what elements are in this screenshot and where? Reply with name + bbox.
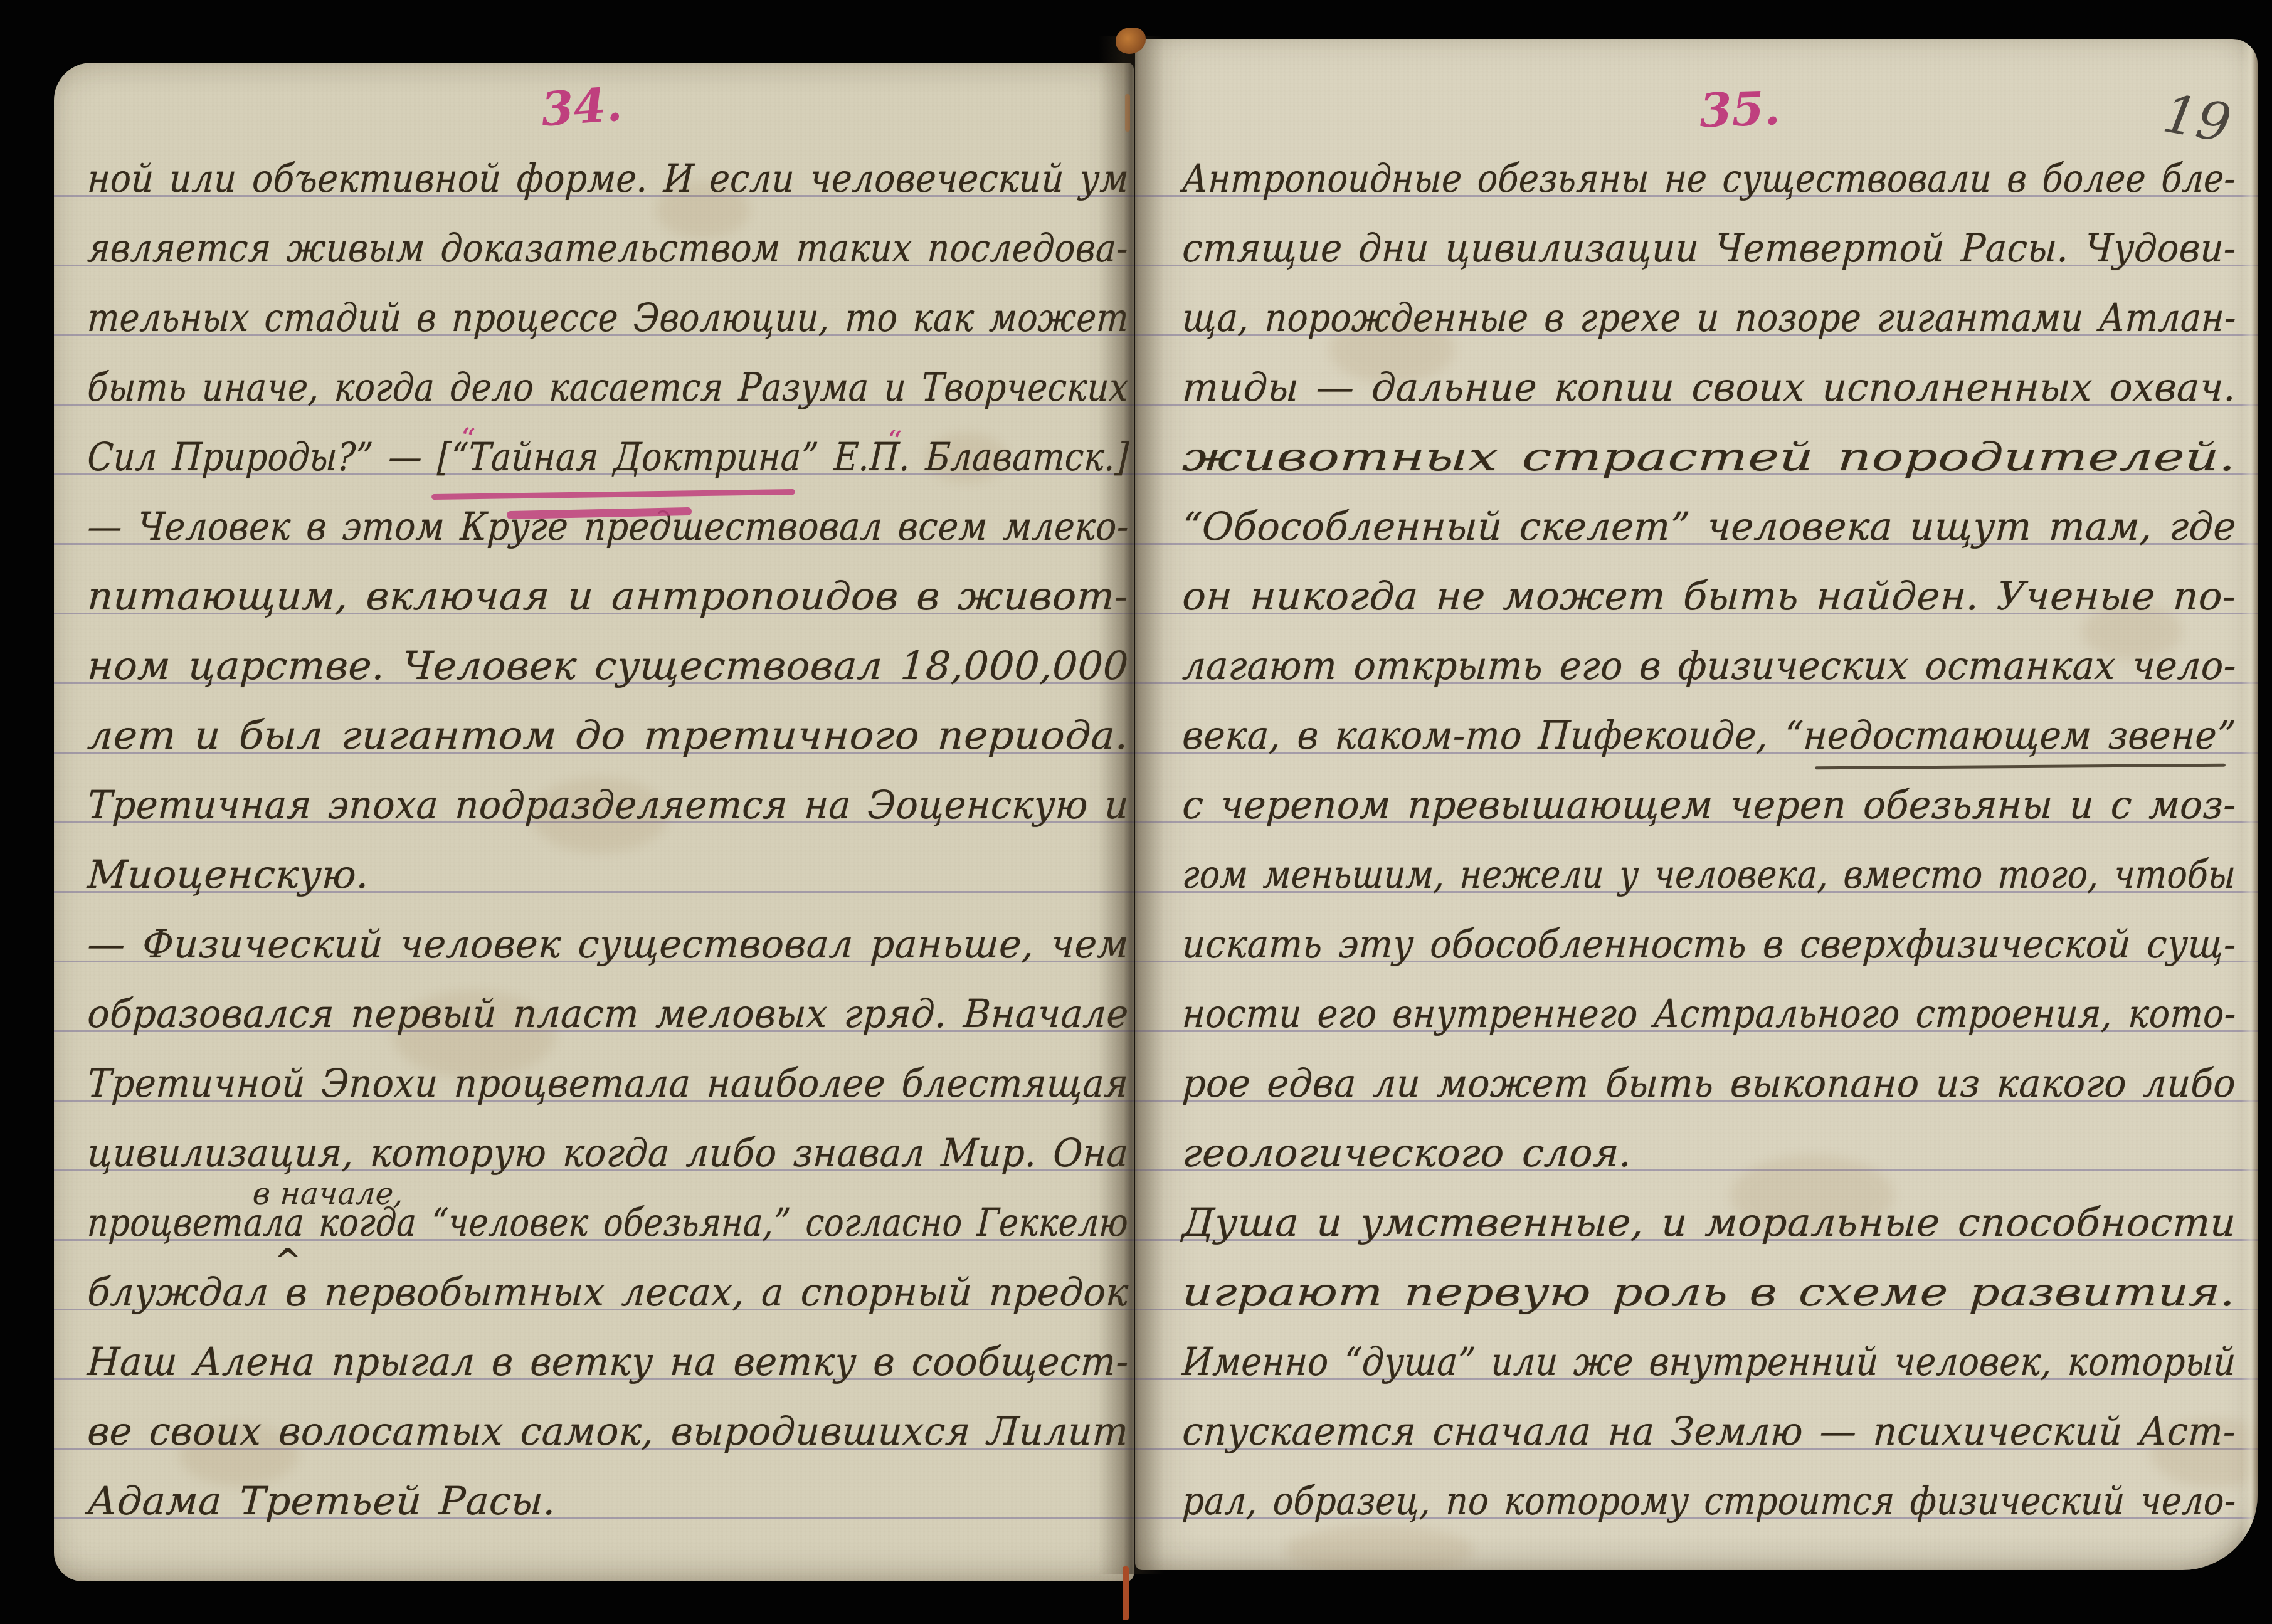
- manuscript-line: играют первую роль в схеме развития.: [1181, 1273, 2237, 1312]
- left-page: 34. ной или объективной форме. И если че…: [54, 63, 1134, 1581]
- insertion-caret: ^: [275, 1242, 301, 1279]
- manuscript-line: Именно “душа” или же внутренний человек,…: [1181, 1342, 2237, 1381]
- manuscript-line: цивилизация, которую когда либо знавал М…: [87, 1134, 1129, 1173]
- insertion-note: в начале,: [251, 1179, 404, 1209]
- manuscript-line: образовался первый пласт меловых гряд. В…: [87, 994, 1129, 1033]
- manuscript-line: Сил Природы?” — [“Тайная Доктрина” Е.П. …: [87, 438, 1130, 477]
- manuscript-line: рал, образец, по которому строится физич…: [1181, 1482, 2237, 1521]
- left-page-text: ной или объективной форме. И если челове…: [54, 63, 1134, 1581]
- manuscript-line: Третичной Эпохи процветала наиболее блес…: [87, 1064, 1129, 1103]
- manuscript-line: — Физический человек существовал раньше,…: [87, 925, 1130, 964]
- binding-thread: [1123, 1566, 1129, 1620]
- manuscript-line: ности его внутреннего Астрального строен…: [1181, 994, 2238, 1033]
- manuscript-line: “Обособленный скелет” человека ищут там,…: [1181, 507, 2238, 546]
- manuscript-line: ща, порожденные в грехе и позоре гиганта…: [1181, 298, 2238, 337]
- manuscript-line: геологического слоя.: [1181, 1134, 1633, 1173]
- manuscript-line: он никогда не может быть найден. Ученые …: [1181, 577, 2237, 616]
- manuscript-line: с черепом превышающем череп обезьяны и с…: [1181, 786, 2238, 825]
- manuscript-line: Третичная эпоха подразделяется на Эоценс…: [87, 786, 1129, 825]
- manuscript-line: Адама Третьей Расы.: [87, 1482, 557, 1521]
- manuscript-line: Миоценскую.: [87, 855, 370, 894]
- manuscript-line: Душа и умственные, и моральные способнос…: [1181, 1203, 2237, 1242]
- manuscript-line: тиды — дальние копии своих исполненных о…: [1181, 368, 2237, 407]
- manuscript-line: спускается сначала на Землю — психически…: [1181, 1412, 2237, 1451]
- manuscript-line: гом меньшим, нежели у человека, вместо т…: [1181, 855, 2237, 894]
- manuscript-line: процветала когда “человек обезьяна,” сог…: [87, 1203, 1129, 1242]
- manuscript-line: лет и был гигантом до третичного периода…: [87, 716, 1129, 755]
- right-page-text: Антропоидные обезьяны не существовали в …: [1135, 39, 2258, 1570]
- manuscript-line: блуждал в первобытных лесах, а спорный п…: [87, 1273, 1129, 1312]
- binding-thread: [1125, 94, 1130, 132]
- manuscript-line: ной или объективной форме. И если челове…: [87, 159, 1130, 198]
- manuscript-line: века, в каком-то Пифекоиде, “недостающем…: [1181, 716, 2237, 755]
- manuscript-line: тельных стадий в процессе Эволюции, то к…: [87, 298, 1130, 337]
- notebook-spread: 34. ной или объективной форме. И если че…: [0, 0, 2272, 1624]
- manuscript-line: рое едва ли может быть выкопано из каког…: [1181, 1064, 2237, 1103]
- manuscript-line: ном царстве. Человек существовал 18,000,…: [87, 646, 1129, 685]
- manuscript-line: ве своих волосатых самок, выродившихся Л…: [87, 1412, 1129, 1451]
- manuscript-line: животных страстей породителей.: [1181, 438, 2238, 477]
- manuscript-line: питающим, включая и антропоидов в живот-: [87, 577, 1129, 616]
- manuscript-line: Антропоидные обезьяны не существовали в …: [1181, 159, 2237, 198]
- manuscript-line: Наш Алена прыгал в ветку на ветку в сооб…: [87, 1342, 1130, 1381]
- right-page: 35. 19 Антропоидные обезьяны не существо…: [1135, 39, 2258, 1570]
- manuscript-line: лагают открыть его в физических останках…: [1181, 646, 2238, 685]
- manuscript-line: искать эту обособленность в сверхфизичес…: [1181, 925, 2238, 964]
- manuscript-line: является живым доказательством таких пос…: [87, 229, 1129, 268]
- manuscript-line: стящие дни цивилизации Четвертой Расы. Ч…: [1181, 229, 2238, 268]
- manuscript-line: быть иначе, когда дело касается Разума и…: [87, 368, 1129, 407]
